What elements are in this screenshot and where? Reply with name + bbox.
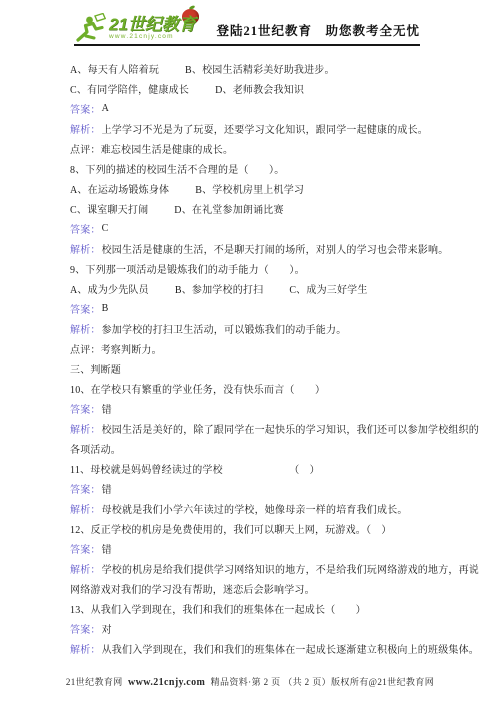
option-item: B、参加学校的打扫 bbox=[175, 281, 263, 296]
plain-text: 点评：考察判断力。 bbox=[70, 341, 162, 356]
analysis-line: 解析：从我们入学到现在，我们和我们的班集体在一起成长逐渐建立积极向上的班级集体。 bbox=[70, 638, 452, 658]
answer-text: A bbox=[102, 103, 109, 114]
option-item: B、校园生活精彩美好助我进步。 bbox=[185, 61, 335, 76]
question-text: 9、下列那一项活动是锻炼我们的动手能力（ ）。 bbox=[70, 261, 305, 276]
answer-label: 答案： bbox=[70, 481, 101, 496]
analysis-text: 学校的机房是给我们提供学习网络知识的地方，不是给我们玩网络游戏的地方，再说 bbox=[102, 561, 479, 576]
options-line: C、有同学陪伴，健康成长D、老师教会我知识 bbox=[70, 78, 452, 98]
section-line: 三、判断题 bbox=[70, 358, 452, 378]
answer-text: C bbox=[102, 223, 109, 234]
analysis-text: 参加学校的打扫卫生活动，可以锻炼我们的动手能力。 bbox=[102, 321, 347, 336]
analysis-text: 母校就是我们小学六年读过的学校，她像母亲一样的培育我们成长。 bbox=[102, 501, 408, 516]
option-item: C、课室聊天打闹 bbox=[70, 201, 148, 216]
analysis-line: 解析：参加学校的打扫卫生活动，可以锻炼我们的动手能力。 bbox=[70, 318, 452, 338]
question-text: 13、从我们入学到现在，我们和我们的班集体在一起成长（ ） bbox=[70, 601, 366, 616]
question-text: 11、母校就是妈妈曾经读过的学校 （ ） bbox=[70, 461, 320, 476]
question-line: 9、下列那一项活动是锻炼我们的动手能力（ ）。 bbox=[70, 258, 452, 278]
question-line: 8、下列的描述的校园生活不合理的是（ ）。 bbox=[70, 158, 452, 178]
analysis-text: 校园生活是健康的生活，不是聊天打闹的场所，对别人的学习也会带来影响。 bbox=[102, 241, 449, 256]
page-header: 21世纪教育 www.21cnjy.com 登陆21世纪教育 助您教考全无忧 bbox=[74, 10, 420, 46]
logo-text-block: 21世纪教育 www.21cnjy.com bbox=[109, 16, 196, 41]
footer-site-name: 21世纪教育网 bbox=[66, 677, 123, 687]
plain-line: 点评：难忘校园生活是健康的成长。 bbox=[70, 138, 452, 158]
header-slogan: 登陆21世纪教育 助您教考全无忧 bbox=[216, 21, 420, 44]
section-text: 三、判断题 bbox=[70, 361, 121, 376]
question-line: 13、从我们入学到现在，我们和我们的班集体在一起成长（ ） bbox=[70, 598, 452, 618]
document-body: A、每天有人陪着玩B、校园生活精彩美好助我进步。C、有同学陪伴，健康成长D、老师… bbox=[70, 58, 452, 658]
question-text: 8、下列的描述的校园生活不合理的是（ ）。 bbox=[70, 161, 284, 176]
question-text: 10、在学校只有繁重的学业任务，没有快乐而言（ ） bbox=[70, 381, 325, 396]
answer-line: 答案：错 bbox=[70, 398, 452, 418]
document-page: 21世纪教育 www.21cnjy.com 登陆21世纪教育 助您教考全无忧 A… bbox=[0, 0, 500, 707]
options-line: C、课室聊天打闹D、在礼堂参加朗诵比赛 bbox=[70, 198, 452, 218]
answer-label: 答案： bbox=[70, 621, 101, 636]
answer-label: 答案： bbox=[70, 301, 101, 316]
answer-line: 答案：C bbox=[70, 218, 452, 238]
analysis-line: 解析：校园生活是美好的，除了跟同学在一起快乐的学习知识，我们还可以参加学校组织的 bbox=[70, 418, 452, 438]
footer-url: www.21cnjy.com bbox=[128, 677, 205, 688]
analysis-line: 解析：学校的机房是给我们提供学习网络知识的地方，不是给我们玩网络游戏的地方，再说 bbox=[70, 558, 452, 578]
answer-label: 答案： bbox=[70, 401, 101, 416]
cont-line: 网络游戏对我们的学习没有帮助，迷恋后会影响学习。 bbox=[70, 578, 452, 598]
analysis-line: 解析：校园生活是健康的生活，不是聊天打闹的场所，对别人的学习也会带来影响。 bbox=[70, 238, 452, 258]
page-footer: 21世纪教育网 www.21cnjy.com 精品资料·第 2 页 （共 2 页… bbox=[0, 675, 500, 688]
option-item: B、学校机房里上机学习 bbox=[195, 181, 304, 196]
option-item: A、在运动场锻炼身体 bbox=[70, 181, 169, 196]
answer-line: 答案：A bbox=[70, 98, 452, 118]
analysis-label: 解析： bbox=[70, 241, 101, 256]
option-item: A、成为少先队员 bbox=[70, 281, 149, 296]
options-line: A、每天有人陪着玩B、校园生活精彩美好助我进步。 bbox=[70, 58, 452, 78]
option-item: D、在礼堂参加朗诵比赛 bbox=[174, 201, 283, 216]
cont-text: 各项活动。 bbox=[70, 441, 121, 456]
runner-icon bbox=[74, 13, 106, 43]
analysis-text: 校园生活是美好的，除了跟同学在一起快乐的学习知识，我们还可以参加学校组织的 bbox=[102, 421, 479, 436]
footer-copyright: 精品资料·第 2 页 （共 2 页）版权所有@21世纪教育网 bbox=[211, 677, 435, 687]
answer-line: 答案：对 bbox=[70, 618, 452, 638]
answer-label: 答案： bbox=[70, 101, 101, 116]
cont-text: 网络游戏对我们的学习没有帮助，迷恋后会影响学习。 bbox=[70, 581, 315, 596]
analysis-line: 解析：上学学习不光是为了玩耍，还要学习文化知识，跟同学一起健康的成长。 bbox=[70, 118, 452, 138]
analysis-text: 上学学习不光是为了玩耍，还要学习文化知识，跟同学一起健康的成长。 bbox=[102, 121, 428, 136]
analysis-label: 解析： bbox=[70, 321, 101, 336]
brand-logo: 21世纪教育 www.21cnjy.com bbox=[74, 13, 196, 44]
answer-line: 答案：错 bbox=[70, 478, 452, 498]
answer-text: 错 bbox=[102, 541, 112, 556]
question-text: 12、反正学校的机房是免费使用的，我们可以聊天上网，玩游戏。（ ） bbox=[70, 521, 392, 536]
question-line: 12、反正学校的机房是免费使用的，我们可以聊天上网，玩游戏。（ ） bbox=[70, 518, 452, 538]
answer-label: 答案： bbox=[70, 221, 101, 236]
answer-text: 错 bbox=[102, 481, 112, 496]
analysis-text: 从我们入学到现在，我们和我们的班集体在一起成长逐渐建立积极向上的班级集体。 bbox=[102, 641, 479, 656]
brand-name: 21世纪教育 bbox=[109, 16, 196, 33]
answer-label: 答案： bbox=[70, 541, 101, 556]
option-item: C、有同学陪伴，健康成长 bbox=[70, 81, 189, 96]
analysis-label: 解析： bbox=[70, 641, 101, 656]
options-line: A、在运动场锻炼身体B、学校机房里上机学习 bbox=[70, 178, 452, 198]
answer-text: B bbox=[102, 303, 109, 314]
option-item: C、成为三好学生 bbox=[289, 281, 367, 296]
answer-line: 答案：B bbox=[70, 298, 452, 318]
analysis-label: 解析： bbox=[70, 501, 101, 516]
plain-text: 点评：难忘校园生活是健康的成长。 bbox=[70, 141, 233, 156]
answer-text: 对 bbox=[102, 621, 112, 636]
analysis-line: 解析：母校就是我们小学六年读过的学校，她像母亲一样的培育我们成长。 bbox=[70, 498, 452, 518]
answer-line: 答案：错 bbox=[70, 538, 452, 558]
question-line: 10、在学校只有繁重的学业任务，没有快乐而言（ ） bbox=[70, 378, 452, 398]
option-item: A、每天有人陪着玩 bbox=[70, 61, 159, 76]
analysis-label: 解析： bbox=[70, 121, 101, 136]
logo-site-url: www.21cnjy.com bbox=[109, 34, 196, 41]
answer-text: 错 bbox=[102, 401, 112, 416]
analysis-label: 解析： bbox=[70, 421, 101, 436]
analysis-label: 解析： bbox=[70, 561, 101, 576]
plain-line: 点评：考察判断力。 bbox=[70, 338, 452, 358]
cont-line: 各项活动。 bbox=[70, 438, 452, 458]
question-line: 11、母校就是妈妈曾经读过的学校 （ ） bbox=[70, 458, 452, 478]
option-item: D、老师教会我知识 bbox=[215, 81, 304, 96]
options-line: A、成为少先队员B、参加学校的打扫C、成为三好学生 bbox=[70, 278, 452, 298]
